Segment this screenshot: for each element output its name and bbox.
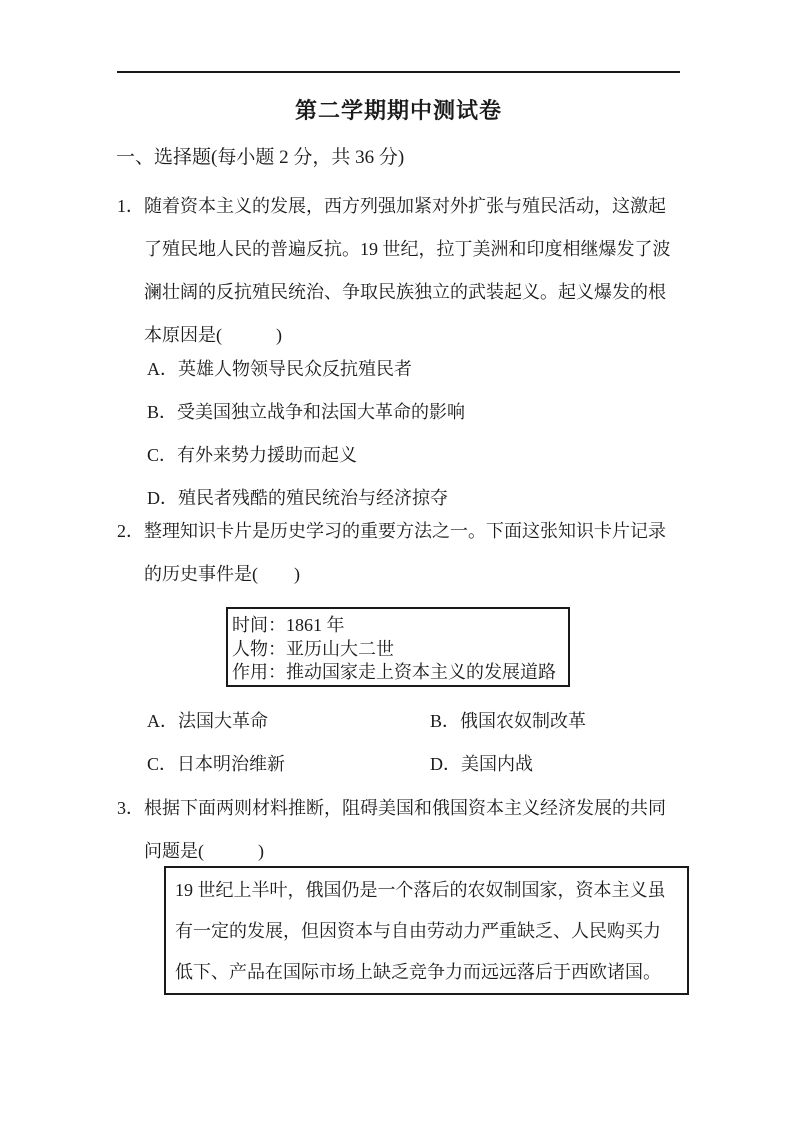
question-1-option-b: B．受美国独立战争和法国大革命的影响 — [147, 391, 465, 434]
question-3-stem: 根据下面两则材料推断，阻碍美国和俄国资本主义经济发展的共同 问题是( ) — [144, 787, 687, 873]
question-2-options: A．法国大革命 B．俄国农奴制改革 C．日本明治维新 D．美国内战 — [147, 700, 680, 786]
test-paper-page: 第二学期期中测试卷 一、选择题(每小题 2 分，共 36 分) 1． 随着资本主… — [0, 0, 793, 1122]
knowledge-card-effect: 作用：推动国家走上资本主义的发展道路 — [232, 661, 564, 685]
question-2-option-c: C．日本明治维新 — [147, 743, 430, 786]
question-2-option-b: B．俄国农奴制改革 — [430, 700, 680, 743]
header-rule — [117, 71, 680, 73]
question-2-option-d: D．美国内战 — [430, 743, 680, 786]
material-box: 19 世纪上半叶，俄国仍是一个落后的农奴制国家，资本主义虽 有一定的发展，但因资… — [164, 866, 689, 995]
question-1-stem-line-2: 了殖民地人民的普遍反抗。19 世纪，拉丁美洲和印度相继爆发了波 — [144, 228, 687, 271]
question-2-stem: 整理知识卡片是历史学习的重要方法之一。下面这张知识卡片记录 的历史事件是( ) — [144, 510, 687, 596]
question-2-stem-line-1: 整理知识卡片是历史学习的重要方法之一。下面这张知识卡片记录 — [144, 510, 687, 553]
knowledge-card-time: 时间：1861 年 — [232, 614, 564, 638]
material-line-2: 有一定的发展，但因资本与自由劳动力严重缺乏、人民购买力 — [175, 911, 677, 952]
question-2-number: 2． — [117, 510, 144, 553]
question-1-stem-line-1: 随着资本主义的发展，西方列强加紧对外扩张与殖民活动，这激起 — [144, 185, 687, 228]
question-2-option-a: A．法国大革命 — [147, 700, 430, 743]
question-1-option-c: C．有外来势力援助而起义 — [147, 434, 465, 477]
knowledge-card: 时间：1861 年 人物：亚历山大二世 作用：推动国家走上资本主义的发展道路 — [226, 607, 570, 687]
question-1-number: 1． — [117, 185, 144, 228]
section-heading: 一、选择题(每小题 2 分，共 36 分) — [116, 143, 404, 173]
question-2: 2． 整理知识卡片是历史学习的重要方法之一。下面这张知识卡片记录 的历史事件是(… — [117, 510, 687, 596]
material-line-1: 19 世纪上半叶，俄国仍是一个落后的农奴制国家，资本主义虽 — [175, 870, 677, 911]
material-line-3: 低下、产品在国际市场上缺乏竞争力而远远落后于西欧诸国。 — [175, 952, 677, 993]
question-3-stem-line-1: 根据下面两则材料推断，阻碍美国和俄国资本主义经济发展的共同 — [144, 787, 687, 830]
question-3: 3． 根据下面两则材料推断，阻碍美国和俄国资本主义经济发展的共同 问题是( ) — [117, 787, 687, 873]
question-1-stem-line-3: 澜壮阔的反抗殖民统治、争取民族独立的武装起义。起义爆发的根 — [144, 271, 687, 314]
question-1-options: A．英雄人物领导民众反抗殖民者 B．受美国独立战争和法国大革命的影响 C．有外来… — [147, 348, 465, 520]
question-1-stem: 随着资本主义的发展，西方列强加紧对外扩张与殖民活动，这激起 了殖民地人民的普遍反… — [144, 185, 687, 357]
question-2-stem-line-2: 的历史事件是( ) — [144, 553, 687, 596]
question-1: 1． 随着资本主义的发展，西方列强加紧对外扩张与殖民活动，这激起 了殖民地人民的… — [117, 185, 687, 357]
question-1-option-a: A．英雄人物领导民众反抗殖民者 — [147, 348, 465, 391]
page-title: 第二学期期中测试卷 — [117, 96, 680, 126]
question-3-number: 3． — [117, 787, 144, 830]
knowledge-card-person: 人物：亚历山大二世 — [232, 638, 564, 662]
